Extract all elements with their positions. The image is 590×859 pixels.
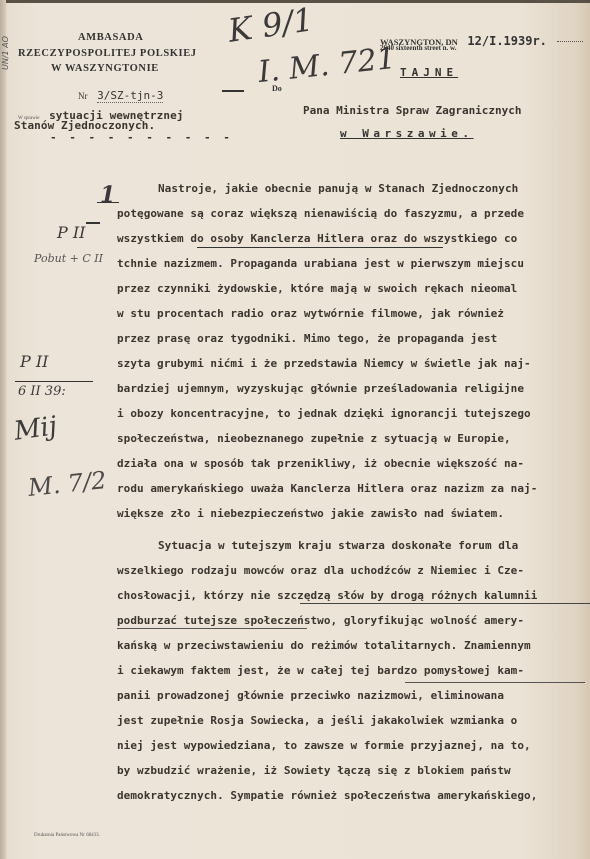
body-line: potęgowane są coraz większą nienawiścią … — [117, 207, 524, 220]
body-line: przez czynniki żydowskie, które mają w s… — [117, 282, 517, 295]
body-line: rodu amerykańskiego uważa Kanclerza Hitl… — [117, 482, 537, 495]
handwritten-underline — [117, 628, 307, 629]
handwritten-dash — [222, 90, 244, 92]
margin-dash — [86, 222, 100, 224]
edge-stamp: UN/1 AO — [1, 36, 10, 70]
nr-value: 3/SZ-tjn-3 — [97, 89, 163, 103]
do-label: Do — [272, 84, 282, 93]
body-line: bardziej ujemnym, wyzyskując głównie prz… — [117, 382, 524, 395]
margin-signature: Mij — [12, 411, 59, 447]
body-line: wszelkiego rodzaju mowców oraz dla uchod… — [117, 564, 524, 577]
body-line: społeczeństwa, nieobeznanego zupełnie z … — [117, 432, 511, 445]
body-line: i obozy koncentracyjne, to jednak dzięki… — [117, 407, 531, 420]
body-line: szyta grubymi nićmi i że przedstawia Nie… — [117, 357, 531, 370]
letterhead-line: W WASZYNGTONIE — [51, 63, 159, 74]
date-dotted-line — [557, 40, 583, 42]
letterhead-line: RZECZYPOSPOLITEJ POLSKIEJ — [18, 48, 197, 59]
body-line: panii prowadzonej głównie przeciwko nazi… — [117, 689, 504, 702]
body-line: by wzbudzić wrażenie, iż Sowiety łączą s… — [117, 764, 511, 777]
handwritten-top-mark: K 9/1 — [226, 0, 316, 50]
handwritten-underline — [300, 603, 590, 604]
margin-note: P II — [57, 223, 86, 242]
margin-note: P II — [20, 352, 49, 371]
letterhead-line: AMBASADA — [78, 32, 143, 43]
margin-note: Pobut + C II — [34, 252, 103, 265]
printer-footer: Drukarnia Państwowa Nr 68433. — [34, 833, 100, 838]
nr-label: Nr — [78, 91, 88, 101]
handwritten-registry-number: I. M. 721 — [257, 41, 398, 90]
reference-number: Nr 3/SZ-tjn-3 — [78, 84, 163, 103]
recipient: Pana Ministra Spraw Zagranicznych — [303, 104, 522, 117]
margin-signature: M. 7/2 — [27, 466, 108, 502]
body-line: działa ona w sposób tak przenikliwy, iż … — [117, 457, 524, 470]
body-line: niej jest wypowiedziana, to zawsze w for… — [117, 739, 531, 752]
body-line: i ciekawym faktem jest, że w całej tej b… — [117, 664, 524, 677]
letter-date: 12/I.1939r. — [467, 34, 546, 48]
body-line: Sytuacja w tutejszym kraju stwarza dosko… — [158, 539, 518, 552]
subject-dashes: - - - - - - - - - - — [50, 131, 233, 144]
recipient-city: w Warszawie. — [340, 127, 473, 140]
body-line: w stu procentach radio oraz wytwórnie fi… — [117, 307, 504, 320]
classification-label: TAJNE — [400, 66, 458, 79]
body-line: jest zupełnie Rosja Sowiecka, a jeśli ja… — [117, 714, 517, 727]
body-line: przez prasę oraz tygodniki. Mimo tego, ż… — [117, 332, 497, 345]
binding-edge — [0, 0, 6, 859]
body-line: demokratycznych. Sympatie również społec… — [117, 789, 537, 802]
handwritten-underline — [197, 247, 443, 248]
body-line: większe zło i niebezpieczeństwo jakie za… — [117, 507, 504, 520]
body-line: tchnie nazizmem. Propaganda urabiana jes… — [117, 257, 524, 270]
document-page: UN/1 AO AMBASADA RZECZYPOSPOLITEJ POLSKI… — [0, 0, 590, 859]
body-line: chosłowacji, którzy nie szczędzą słów by… — [117, 589, 537, 602]
handwritten-underline — [405, 682, 585, 683]
margin-date: 6 II 39: — [18, 384, 66, 399]
body-line: podburzać tutejsze społeczeństwo, gloryf… — [117, 614, 524, 627]
paragraph-number-underline — [97, 202, 119, 203]
body-line: kańską w przeciwstawieniu do reżimów tot… — [117, 639, 531, 652]
margin-fraction-line — [15, 381, 93, 382]
body-line-underlined: wszystkiem do osoby Kanclerza Hitlera or… — [117, 232, 517, 245]
body-text: wszystkiem do osoby Kanclerza Hitlera or… — [117, 232, 517, 245]
paragraph-number: 1 — [100, 182, 115, 208]
body-line: Nastroje, jakie obecnie panują w Stanach… — [158, 182, 518, 195]
